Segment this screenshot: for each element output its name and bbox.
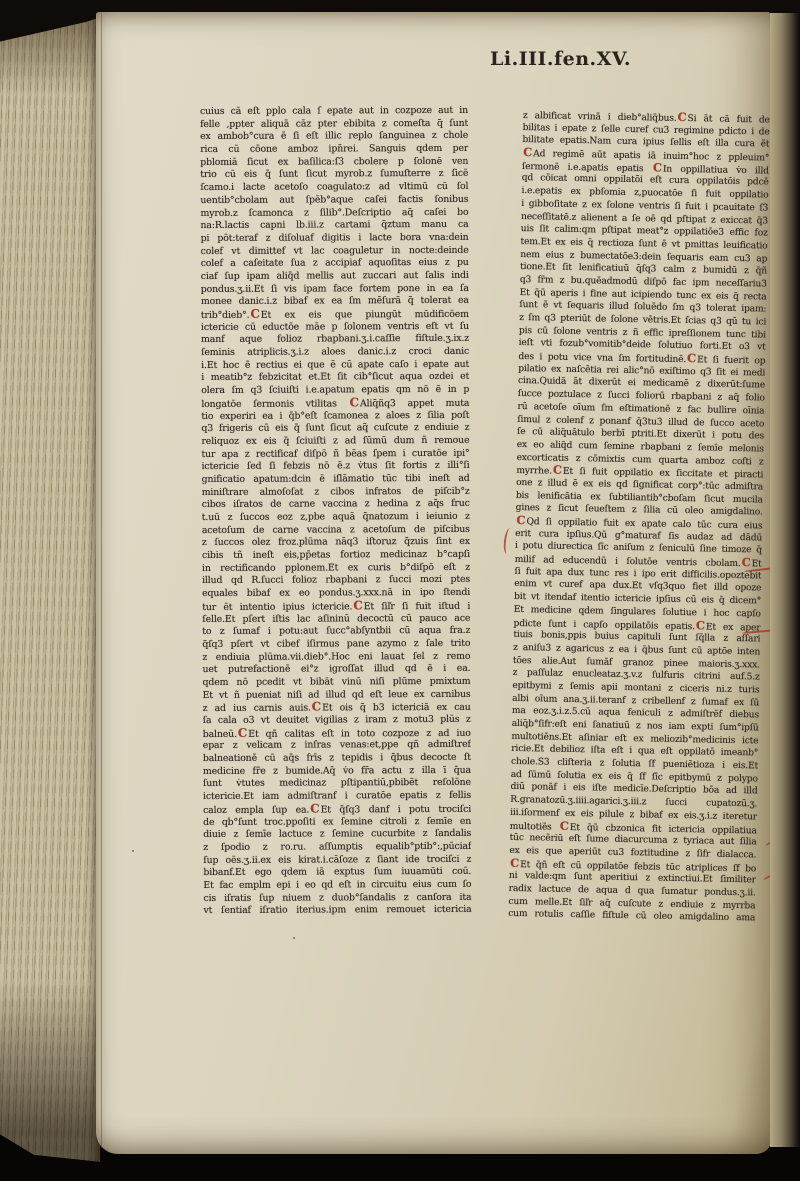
text-line: manf aque folioz rbapbani.ʒ.i.caſſie fiſ… — [201, 333, 469, 347]
text-line: ſelle.Et pſert iſtis lac aſininū decoctū… — [202, 612, 470, 626]
text-line: z ad ius carnis auis.CEt ois q̄ b3 icter… — [203, 701, 471, 715]
rubric-capitulum: C — [237, 727, 248, 740]
text-line: na:R.lactis capni lb.iii.z cartami q̄ztu… — [200, 219, 468, 233]
rubric-capitulum: C — [652, 160, 663, 174]
text-column-left: cuius cā eſt pplo cala ſ epate aut in co… — [200, 105, 472, 918]
text-line: q3 frigeris cū eis q̄ ſunt ſicut aq̄ cuſ… — [201, 422, 469, 436]
text-line: trib°dieb°.CEt ex eis que piungūt mūdifi… — [201, 308, 469, 322]
text-line: ſup oēs.ʒ.ii.ex eis kirat.i.cāſoze z ſia… — [203, 853, 471, 867]
text-line: colef a caſeitate ſua z accipiaf aquoſit… — [201, 257, 469, 271]
text-line: acetoſum de carne vaccina z acetoſum de … — [202, 524, 470, 538]
rubric-capitulum: C — [509, 857, 520, 869]
text-line: balneationē cū aq̄s frīs z tepidis i q̄b… — [203, 752, 471, 766]
text-line: felle ,ppter aliquā cāz pter ebibita z c… — [200, 118, 468, 132]
text-line: reliquoz ex eis q̄ ſciuiſti z ad ſūmū du… — [201, 435, 469, 449]
book-fore-edge — [0, 14, 100, 1164]
text-line: Et fac emplm epi i eo qd eſt in circuitu… — [203, 879, 471, 893]
text-line: trio cū eis q̄ ſunt ſicut myrob.z ſumuſt… — [200, 168, 468, 182]
rubric-capitulum: C — [515, 515, 526, 527]
book-photo: Li.III.fen.XV. cuius cā eſt pplo cala ſ … — [0, 0, 800, 1181]
rubric-capitulum: C — [522, 147, 533, 159]
rubric-capitulum: C — [352, 600, 363, 613]
paper-speck — [293, 937, 295, 939]
text-line: cuius cā eſt pplo cala ſ epate aut in co… — [200, 105, 468, 119]
text-line: diuie z ſemīe lactuce z ſemine cucurbite… — [203, 828, 471, 842]
text-line: de qb°ſunt troc.ppoſiti ex ſemine citrol… — [203, 815, 471, 829]
rubric-capitulum: C — [311, 701, 322, 714]
rubric-capitulum: C — [249, 308, 260, 321]
text-line: tur apa z rectificaf diſpō ñ bēas ſpem i… — [201, 447, 469, 461]
text-line: z ſpodio z ro.ru. aſſumptis equalib°ptib… — [203, 841, 471, 855]
text-line: ex ambob°cura ē ſi eſt illic replo ſangu… — [200, 130, 468, 144]
rubric-curl — [503, 528, 515, 555]
text-line: caloz empla ſup ea.CEt q̄ſq3 danf i potu… — [203, 803, 471, 817]
book-page: Li.III.fen.XV. cuius cā eſt pplo cala ſ … — [96, 12, 772, 1154]
text-line: tur ēt intentio ipius ictericie.CEt ſiľr… — [202, 600, 470, 614]
text-column-right: z albificat vrinā i dieb°aliq̄bus.CSi āt… — [508, 109, 770, 925]
text-line: olera ſm q3 ſciuiſti i.e.apatum epatis q… — [201, 384, 469, 398]
text-line: pblomiā ſicut ex baſilica:ſ3 cbolere p ſ… — [200, 156, 468, 170]
text-line: ſcamo.i lacte acetoſo coagulato:z ad vlt… — [200, 181, 468, 195]
text-line: longatōe ſermonis vtilitas CAliq̄ñq3 app… — [201, 397, 469, 411]
text-line: ſa cala o3 vt deuitet vigilias z iram z … — [203, 714, 471, 728]
text-line: equales bibaf ex eo pondus.ʒ.xxx.nā in i… — [202, 587, 470, 601]
text-line: epar z velicam z inſras venas:et,ppe qñ … — [203, 739, 471, 753]
text-line: t.uū z ſuccos eoz z,pbe aquā q̄natozum i… — [202, 511, 470, 525]
rubric-capitulum: C — [349, 397, 360, 410]
text-line: myrob.z ſcamonca z ſilib°.Deſcriptio aq̄… — [200, 206, 468, 220]
text-line: ſunt v̇tutes medicinaz pſtipantiū,pbibēt… — [203, 777, 471, 791]
page-right-edge — [770, 13, 800, 1147]
text-line: bibanf.Et ego qdem iā exptus ſum iuuamūt… — [203, 866, 471, 880]
text-line: vt ſentiaf iſratio iterius.ipm enim remo… — [203, 904, 471, 918]
rubric-capitulum: C — [695, 618, 706, 632]
text-line: colef vt dimittef vt lac coaguletur in n… — [201, 244, 469, 258]
text-line: cibis tñ ineſt eis,pp̄etas fortioz medic… — [202, 549, 470, 563]
text-line: monee danic.i.z bibaf ex ea ſm mēſurā q̄… — [201, 295, 469, 309]
text-line: in rectificando pplonem.Et ex curis b°di… — [202, 562, 470, 576]
rubric-capitulum: C — [552, 464, 563, 477]
text-line: pi pōt:teraf z diſoluaf digitis i lacte … — [201, 232, 469, 246]
paper-speck — [132, 850, 134, 852]
text-line: ſeminis atriplicis.ʒ.i.z aloes danic.i.z… — [201, 346, 469, 360]
text-line: ictericie.Et iam admiſtranf i curatōe ep… — [203, 790, 471, 804]
text-line: i meatib°z febzicitat et.Et ſit cib°ſicu… — [201, 371, 469, 385]
text-line: z ſuccos olez froz.plūma nāq3 iſtoruz q̄… — [202, 536, 470, 550]
text-line: q̄ſq3 pſert vt cibef iſirmus pane azymo … — [202, 638, 470, 652]
text-line: gnificatio apatum:dcin ē iſlāmatio tūc t… — [202, 473, 470, 487]
text-line: tio experiri ea i q̄b°eſt ſcamonea z alo… — [201, 409, 469, 423]
text-line: pondus.ʒ.ii.Et ſi vis ipam face fortem p… — [201, 282, 469, 296]
running-title: Li.III.fen.XV. — [490, 48, 631, 70]
text-line: z endiuia plūma.vii.dieb°.Hoc eni lauat … — [202, 650, 470, 664]
text-line: cis iſratis ſup niuem z duob°ſandalis z … — [203, 891, 471, 905]
text-line: ictericie cū eductōe māe p ſolonem ventr… — [201, 321, 469, 335]
text-line: i.Et hoc ē rectius ei que ē cū apate caſ… — [201, 359, 469, 373]
text-line: uentib°cbolam aut ſpēb°aque caſei factis… — [200, 194, 468, 208]
text-line: rica cū cōone amboz ipn̄rei. Sanguis qde… — [200, 143, 468, 157]
text-line: balneū.CEt qñ calitas eſt in toto cozpoz… — [203, 727, 471, 741]
rubric-capitulum: C — [686, 351, 697, 365]
text-line: miniſtrare almoſoſat z cibos infratos de… — [202, 485, 470, 499]
rubric-capitulum: C — [309, 803, 320, 816]
text-line: medicine fr̄e z bumide.Aq̄ v̇o fr̄a actu… — [203, 765, 471, 779]
text-line: cibos iſratos de carne vaccina z hedina … — [202, 498, 470, 512]
text-line: to z ſumaf i potu:aut ſucc°abſyntbii cū … — [202, 625, 470, 639]
text-line: ictericie ſed ſi febzis nō ē.z v̇tus ſit… — [202, 460, 470, 474]
rubric-capitulum: C — [559, 819, 570, 832]
text-line: uet putrefactionē ei°z igroſſat illud qd… — [202, 663, 470, 677]
text-line: qdem nō pcedit vt bibāt vinū niſi plūme … — [202, 676, 470, 690]
rubric-capitulum: C — [676, 110, 687, 124]
rubric-capitulum: C — [741, 555, 752, 569]
text-line: Et vt ñ pueniat niſi ad illud qd eſt leu… — [203, 688, 471, 702]
text-line: ciaf ſup ipam aliq̄d mellis aut zuccari … — [201, 270, 469, 284]
text-line: illud qd R.ſucci folioz rbapbani z ſucci… — [202, 574, 470, 588]
